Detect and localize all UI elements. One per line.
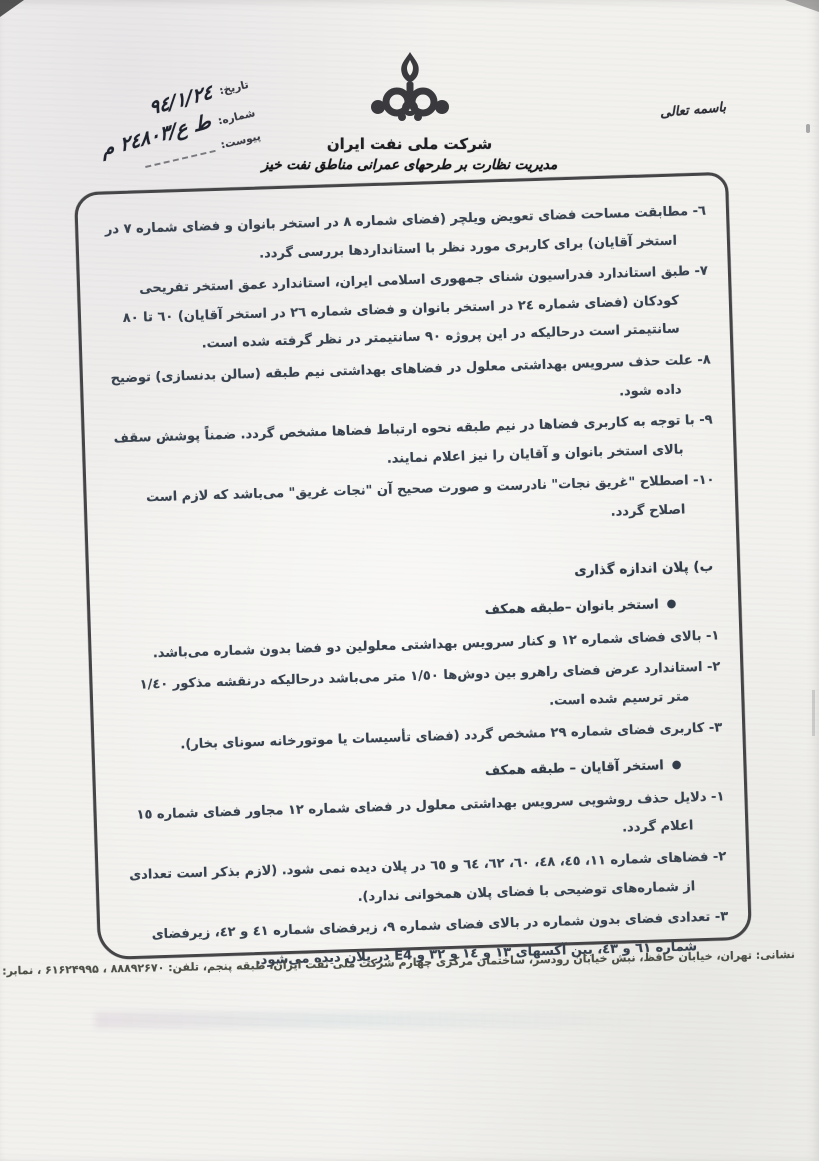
item-number: ٣- — [715, 909, 729, 924]
letter-body: ٦- مطابقت مساحت فضای تعویض ویلچر (فضای ش… — [77, 175, 749, 980]
section-a-remarks-list: ٦- مطابقت مساحت فضای تعویض ویلچر (فضای ش… — [102, 198, 716, 543]
bullet-icon: ● — [666, 597, 676, 610]
item-number: ٣- — [709, 720, 723, 735]
women-pool-items: ١- بالای فضای شماره ١٢ و کنار سرویس بهدا… — [115, 622, 722, 761]
item-text: با توجه به کاربری فضاها در نیم طبقه نحوه… — [114, 413, 695, 466]
letter-body-frame: ٦- مطابقت مساحت فضای تعویض ویلچر (فضای ش… — [74, 172, 752, 960]
group-title-text: استخر بانوان –طبقه همکف — [485, 598, 659, 618]
item-number: ١- — [711, 789, 725, 804]
scan-speck — [812, 690, 815, 736]
item-number: ٢- — [707, 660, 721, 675]
item-number: ١- — [706, 628, 720, 643]
men-pool-items: ١- دلایل حذف روشویی سرویس بهداشتی معلول … — [120, 783, 729, 979]
company-name: شرکت ملی نفت ایران — [0, 135, 819, 153]
item-number: ١٠- — [693, 473, 715, 489]
group-title-text: استخر آقایان – طبقه همکف — [485, 758, 664, 779]
department-name: مدیریت نظارت بر طرحهای عمرانی مناطق نفت … — [0, 157, 819, 173]
men-pool-group: ●استخر آقایان – طبقه همکف ١- دلایل حذف ر… — [119, 751, 729, 980]
item-number: ٨- — [697, 353, 711, 368]
scan-smudge — [95, 1012, 655, 1028]
women-pool-group: ●استخر بانوان –طبقه همکف ١- بالای فضای ش… — [114, 590, 723, 762]
item-text: دلایل حذف روشویی سرویس بهداشتی معلول در … — [136, 790, 706, 836]
item-text: فضاهای شماره ١١، ٤٥، ٤٨، ٦٠، ٦٢، ٦٤ و ٦٥… — [129, 850, 709, 905]
item-number: ٢- — [713, 849, 727, 864]
item-text: مطابقت مساحت فضای تعویض ویلچر (فضای شمار… — [105, 204, 689, 261]
nioc-flame-emblem-icon — [370, 50, 450, 134]
item-text: طبق استاندارد فدراسیون شنای جمهوری اسلام… — [123, 264, 691, 352]
item-number: ٧- — [694, 264, 708, 279]
bullet-icon: ● — [672, 758, 682, 771]
item-text: اصطلاح "غریق نجات" نادرست و صورت صحیح آن… — [146, 474, 689, 520]
scanned-letter-page: تاریخ: ٩٤/١/٢٤ شماره: ط ع/٢٤٨٠٣ م پیوست: — [0, 0, 819, 1161]
item-number: ٦- — [692, 204, 706, 219]
item-text: استاندارد عرض فضای راهرو بین دوش‌ها ١/٥٠… — [139, 660, 702, 708]
scan-corner-artifact — [785, 0, 819, 12]
item-text: علت حذف سرویس بهداشتی معلول در فضاهای به… — [110, 353, 693, 399]
item-number: ٩- — [699, 413, 713, 428]
scan-corner-artifact — [0, 0, 24, 17]
remark-item: ٧- طبق استاندارد فدراسیون شنای جمهوری اس… — [104, 258, 710, 363]
